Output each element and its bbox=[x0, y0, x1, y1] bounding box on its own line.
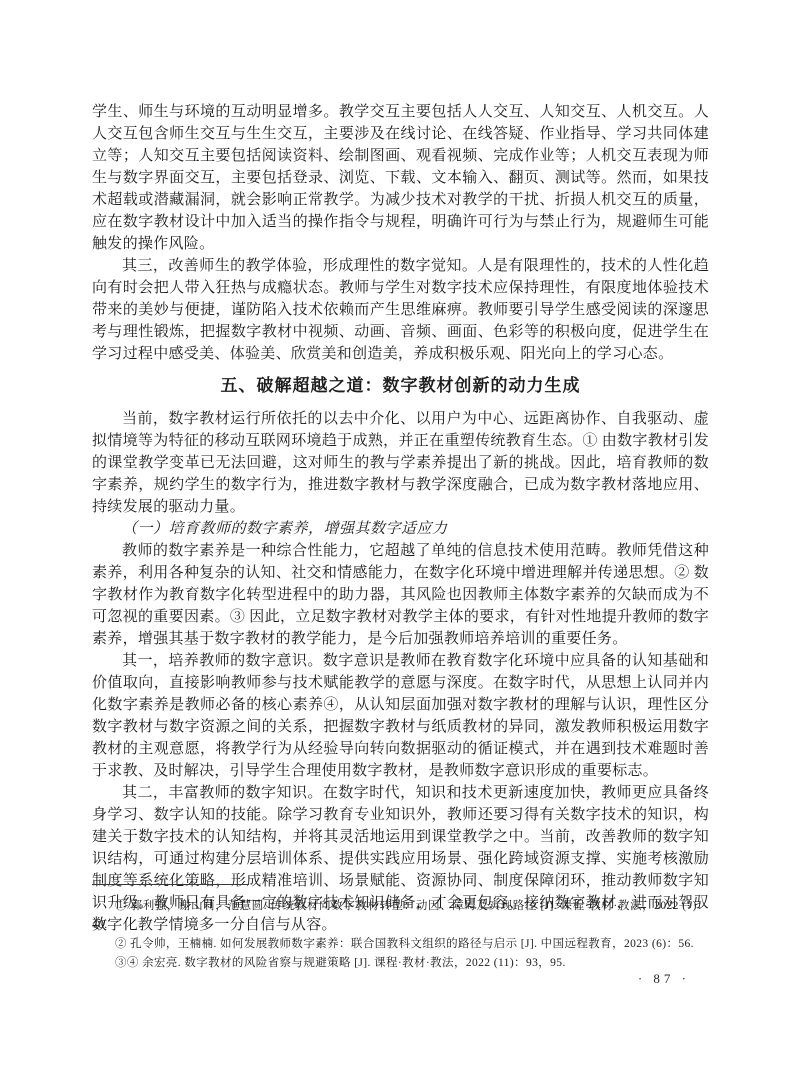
body-paragraph-teacher-literacy: 教师的数字素养是一种综合性能力，它超越了单纯的信息技术使用范畴。教师凭借这种素养… bbox=[92, 540, 709, 650]
footnote-item-3: ③④ 余宏亮. 数字教材的风险省察与规避策略 [J]. 课程·教材·教法，202… bbox=[92, 954, 709, 973]
body-paragraph-qiyi: 其一，培养教师的数字意识。数字意识是教师在教育数字化环境中应具备的认知基础和价值… bbox=[92, 650, 709, 782]
main-text-column: 学生、师生与环境的互动明显增多。教学交互主要包括人人交互、人知交互、人机交互。人… bbox=[92, 101, 709, 936]
body-paragraph-qisan: 其三，改善师生的教学体验，形成理性的数字觉知。人是有限理性的，技术的人性化趋向有… bbox=[92, 255, 709, 365]
footnote-item-2: ② 孔令帅，王楠楠. 如何发展教师数字素养：联合国教科文组织的路径与启示 [J]… bbox=[92, 935, 709, 954]
footnote-item-1: ① 郭利强，谢山莉，范慧圆. 传统教材向数字教材转型：动因、障碍及实现路径 [J… bbox=[92, 897, 709, 935]
footnote-divider bbox=[92, 884, 249, 885]
body-paragraph-intro: 当前，数字教材运行所依托的以去中介化、以用户为中心、远距离协作、自我驱动、虚拟情… bbox=[92, 408, 709, 518]
page-number: · 87 · bbox=[638, 971, 690, 987]
journal-page: 学生、师生与环境的互动明显增多。教学交互主要包括人人交互、人知交互、人机交互。人… bbox=[0, 0, 800, 1077]
body-paragraph-continued: 学生、师生与环境的互动明显增多。教学交互主要包括人人交互、人知交互、人机交互。人… bbox=[92, 101, 709, 255]
section-heading: 五、破解超越之道：数字教材创新的动力生成 bbox=[92, 374, 709, 398]
subsection-heading: （一）培育教师的数字素养，增强其数字适应力 bbox=[92, 518, 709, 540]
footnote-section: ① 郭利强，谢山莉，范慧圆. 传统教材向数字教材转型：动因、障碍及实现路径 [J… bbox=[92, 884, 709, 973]
